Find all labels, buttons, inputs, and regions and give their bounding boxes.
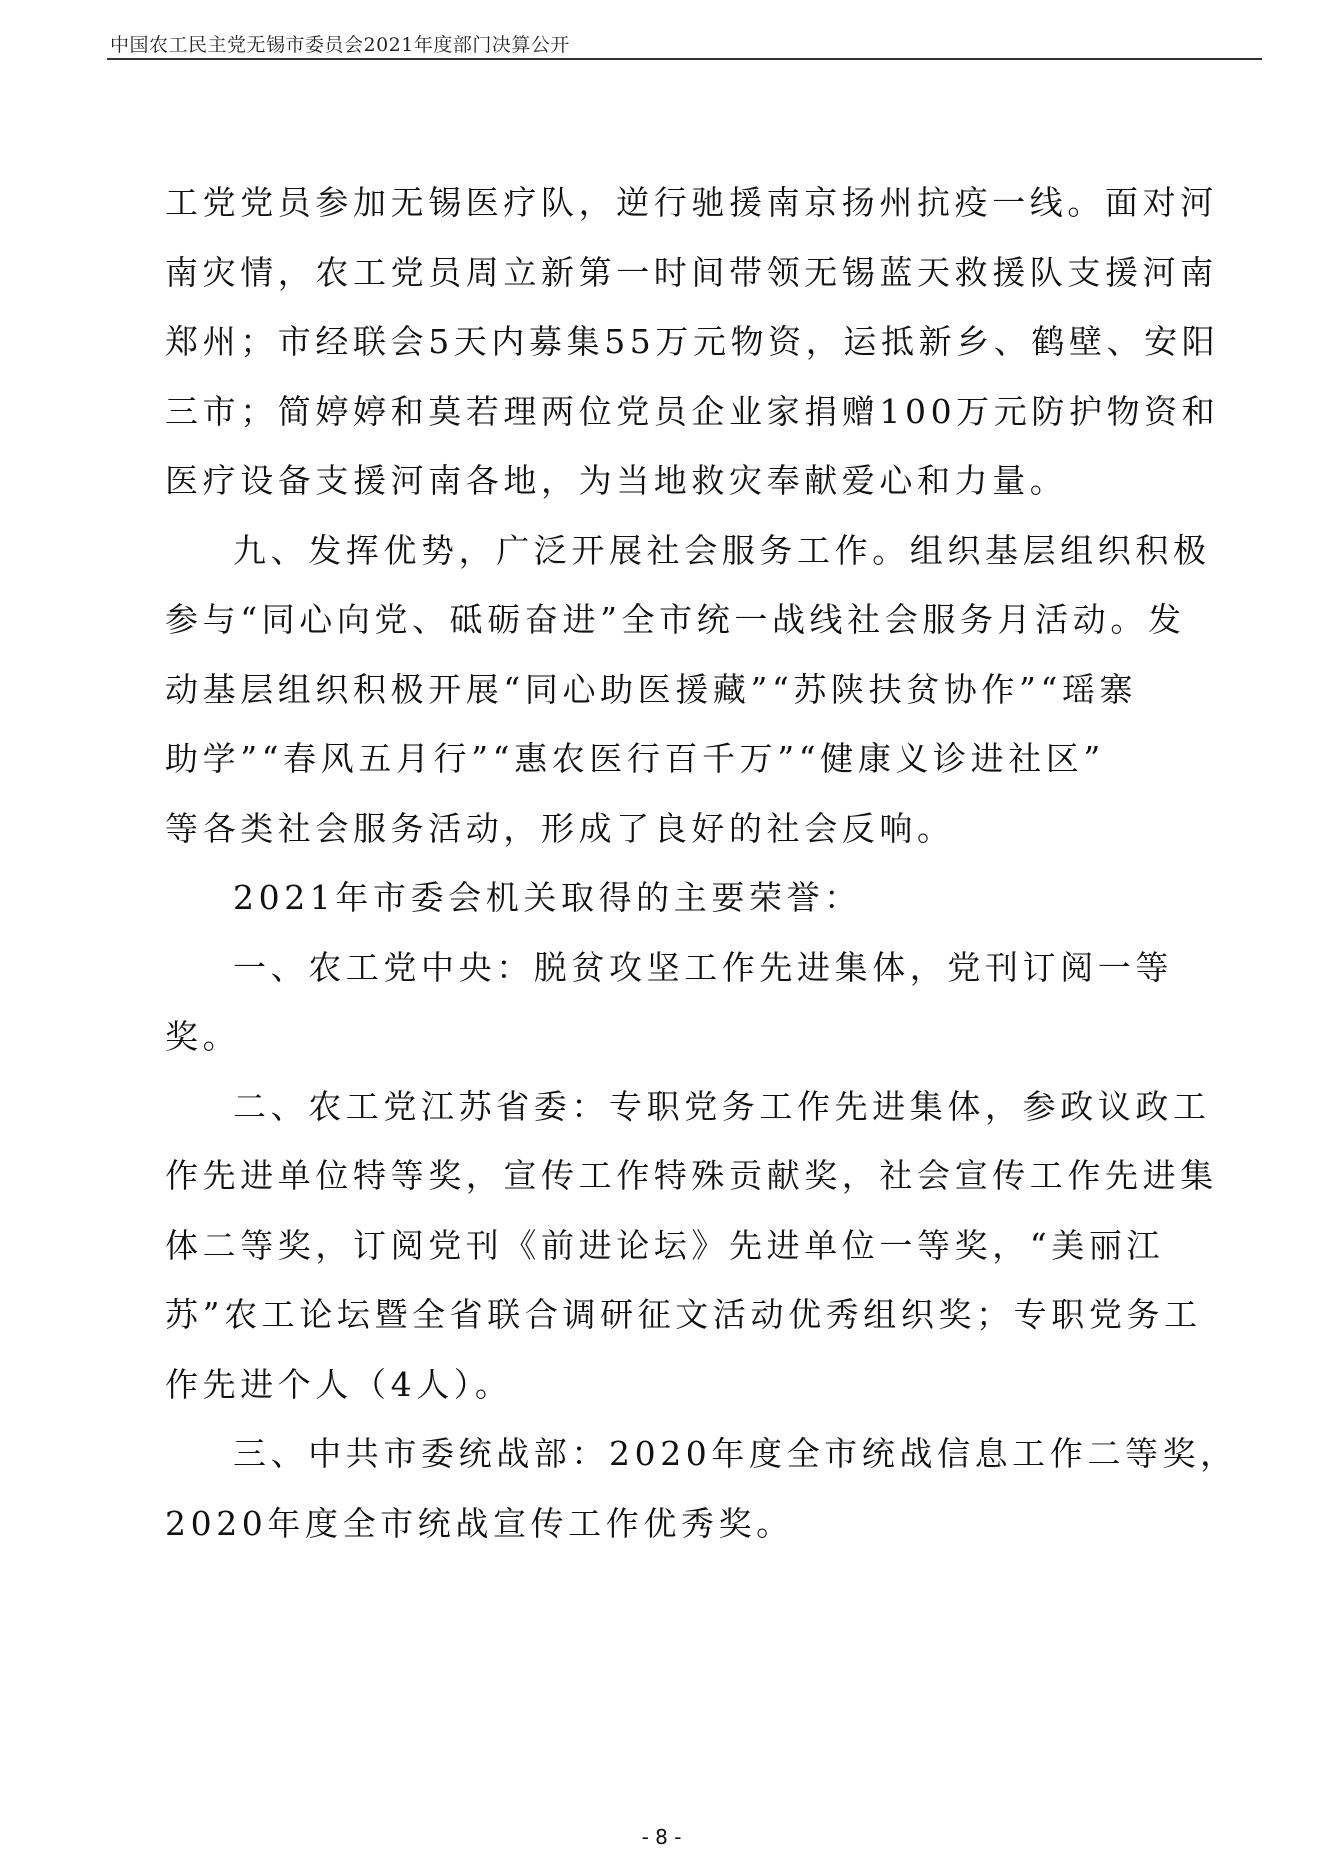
text-line: 郑州；市经联会5天内募集55万元物资，运抵新乡、鹤壁、安阳 xyxy=(165,307,1195,377)
paragraph-start: 九、发挥优势，广泛开展社会服务工作。组织基层组织积极 xyxy=(165,516,1195,586)
text-line: 苏”农工论坛暨全省联合调研征文活动优秀组织奖；专职党务工 xyxy=(165,1280,1195,1350)
text-line: 体二等奖，订阅党刊《前进论坛》先进单位一等奖，“美丽江 xyxy=(165,1211,1195,1281)
honor-item-2: 二、农工党江苏省委：专职党务工作先进集体，参政议政工 xyxy=(165,1072,1195,1142)
honor-item-3: 三、中共市委统战部：2020年度全市统战信息工作二等奖， xyxy=(165,1419,1195,1489)
document-body: 工党党员参加无锡医疗队，逆行驰援南京扬州抗疫一线。面对河 南灾情，农工党员周立新… xyxy=(165,168,1195,1558)
text-line: 南灾情，农工党员周立新第一时间带领无锡蓝天救援队支援河南 xyxy=(165,238,1195,308)
text-line: 助学”“春风五月行”“惠农医行百千万”“健康义诊进社区” xyxy=(165,724,1195,794)
header-divider xyxy=(107,58,1262,60)
text-line: 动基层组织积极开展“同心助医援藏”“苏陕扶贫协作”“瑶寨 xyxy=(165,655,1195,725)
text-line: 作先进单位特等奖，宣传工作特殊贡献奖，社会宣传工作先进集 xyxy=(165,1141,1195,1211)
text-line: 2020年度全市统战宣传工作优秀奖。 xyxy=(165,1489,1195,1559)
honors-heading: 2021年市委会机关取得的主要荣誉： xyxy=(165,863,1195,933)
text-line: 参与“同心向党、砥砺奋进”全市统一战线社会服务月活动。发 xyxy=(165,585,1195,655)
text-line: 作先进个人（4人）。 xyxy=(165,1350,1195,1420)
document-header: 中国农工民主党无锡市委员会2021年度部门决算公开 xyxy=(110,30,570,57)
text-line: 三市；简婷婷和莫若理两位党员企业家捐赠100万元防护物资和 xyxy=(165,377,1195,447)
text-line: 工党党员参加无锡医疗队，逆行驰援南京扬州抗疫一线。面对河 xyxy=(165,168,1195,238)
text-line: 奖。 xyxy=(165,1002,1195,1072)
text-line: 等各类社会服务活动，形成了良好的社会反响。 xyxy=(165,794,1195,864)
text-line: 医疗设备支援河南各地，为当地救灾奉献爱心和力量。 xyxy=(165,446,1195,516)
honor-item-1: 一、农工党中央：脱贫攻坚工作先进集体，党刊订阅一等 xyxy=(165,933,1195,1003)
page-number: - 8 - xyxy=(0,1825,1323,1849)
